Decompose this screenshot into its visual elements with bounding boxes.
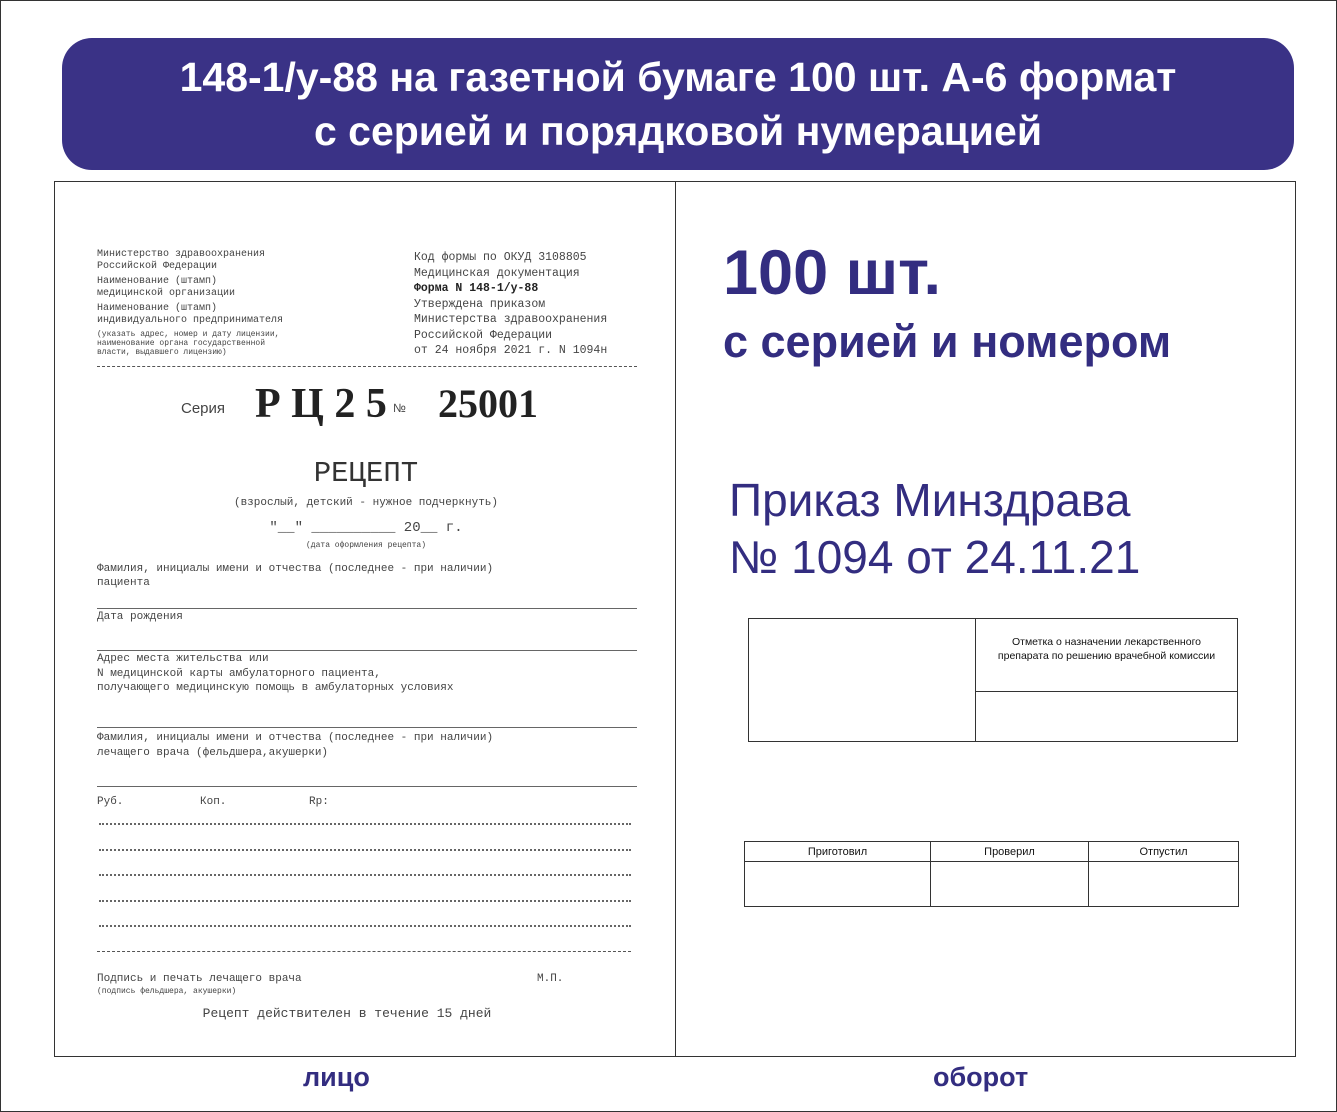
back-side-label: оборот <box>933 1062 1028 1093</box>
header-divider <box>97 366 637 367</box>
org-stamp-label: Наименование (штамп) <box>97 276 283 288</box>
prepared-by-cell[interactable] <box>745 862 931 907</box>
front-side-label: лицо <box>303 1062 370 1093</box>
checked-by-header: Проверил <box>931 842 1089 862</box>
signature-label: Подпись и печать лечащего врача <box>97 973 302 986</box>
rx-line-5[interactable] <box>99 925 631 927</box>
rx-line-2[interactable] <box>99 849 631 851</box>
prescription-number: 25001 <box>438 380 538 427</box>
birth-date-field[interactable] <box>97 650 637 651</box>
country-line: Российской Федерации <box>97 261 283 273</box>
validity-note: Рецепт действителен в течение 15 дней <box>55 1006 639 1021</box>
ip-stamp-label: Наименование (штамп) <box>97 303 283 315</box>
issue-date-field[interactable]: "__" __________ 20__ г. <box>55 520 677 536</box>
license-note: (указать адрес, номер и дату лицензии, н… <box>97 330 283 357</box>
kop-label: Коп. <box>200 796 226 809</box>
stamp-place-label: М.П. <box>537 973 563 986</box>
banner-line-1: 148-1/у-88 на газетной бумаге 100 шт. А-… <box>62 50 1294 104</box>
banner-line-2: с серией и порядковой нумерацией <box>62 104 1294 158</box>
ministry-line: Министерство здравоохранения <box>97 249 283 261</box>
dispensed-by-cell[interactable] <box>1089 862 1239 907</box>
issue-date-caption: (дата оформления рецепта) <box>55 541 677 550</box>
quantity-note: с серией и номером <box>723 316 1171 368</box>
doctor-name-label: Фамилия, инициалы имени и отчества (посл… <box>97 731 493 760</box>
ip-stamp-sublabel: индивидуального предпринимателя <box>97 315 283 327</box>
rx-line-1[interactable] <box>99 823 631 825</box>
title-banner: 148-1/у-88 на газетной бумаге 100 шт. А-… <box>62 38 1294 170</box>
org-stamp-sublabel: медицинской организации <box>97 288 283 300</box>
rx-line-3[interactable] <box>99 874 631 876</box>
number-label: № <box>393 401 406 415</box>
patient-name-field[interactable] <box>97 608 637 609</box>
prescription-title: РЕЦЕПТ <box>55 457 677 490</box>
okud-code: Код формы по ОКУД 3108805 <box>414 250 607 266</box>
quantity-heading: 100 шт. <box>723 238 941 308</box>
series-label: Серия <box>181 400 225 417</box>
order-line-1: Приказ Минздрава <box>729 472 1130 528</box>
front-side-sheet: Министерство здравоохранения Российской … <box>54 181 676 1057</box>
order-date: от 24 ноября 2021 г. N 1094н <box>414 343 607 359</box>
approved-country: Российской Федерации <box>414 328 607 344</box>
commission-stamp-cell[interactable] <box>749 619 976 742</box>
commission-mark-header: Отметка о назначении лекарственного преп… <box>976 619 1238 692</box>
commission-table: Отметка о назначении лекарственного преп… <box>748 618 1238 742</box>
pharmacy-table: Приготовил Проверил Отпустил <box>744 841 1239 907</box>
rp-label: Rp: <box>309 796 329 809</box>
series-value: Р Ц 2 5 <box>255 380 387 428</box>
patient-name-label: Фамилия, инициалы имени и отчества (посл… <box>97 562 493 590</box>
approved-ministry: Министерства здравоохранения <box>414 312 607 328</box>
signature-note: (подпись фельдшера, акушерки) <box>97 987 236 996</box>
address-label: Адрес места жительства или N медицинской… <box>97 652 453 696</box>
rub-label: Руб. <box>97 796 123 809</box>
checked-by-cell[interactable] <box>931 862 1089 907</box>
dispensed-by-header: Отпустил <box>1089 842 1239 862</box>
birth-date-label: Дата рождения <box>97 611 183 624</box>
ministry-stamp-block: Министерство здравоохранения Российской … <box>97 249 283 357</box>
form-number: Форма N 148-1/у-88 <box>414 281 607 297</box>
prescription-subtitle: (взрослый, детский - нужное подчеркнуть) <box>55 496 677 511</box>
doctor-name-field[interactable] <box>97 786 637 787</box>
form-info-block: Код формы по ОКУД 3108805 Медицинская до… <box>414 250 607 359</box>
doc-type: Медицинская документация <box>414 266 607 282</box>
prepared-by-header: Приготовил <box>745 842 931 862</box>
rx-line-4[interactable] <box>99 900 631 902</box>
commission-mark-cell[interactable] <box>976 692 1238 742</box>
rx-divider <box>97 951 631 952</box>
address-field[interactable] <box>97 727 637 728</box>
order-line-2: № 1094 от 24.11.21 <box>729 529 1140 585</box>
back-side-sheet: 100 шт. с серией и номером Приказ Минздр… <box>675 181 1296 1057</box>
approved-by: Утверждена приказом <box>414 297 607 313</box>
